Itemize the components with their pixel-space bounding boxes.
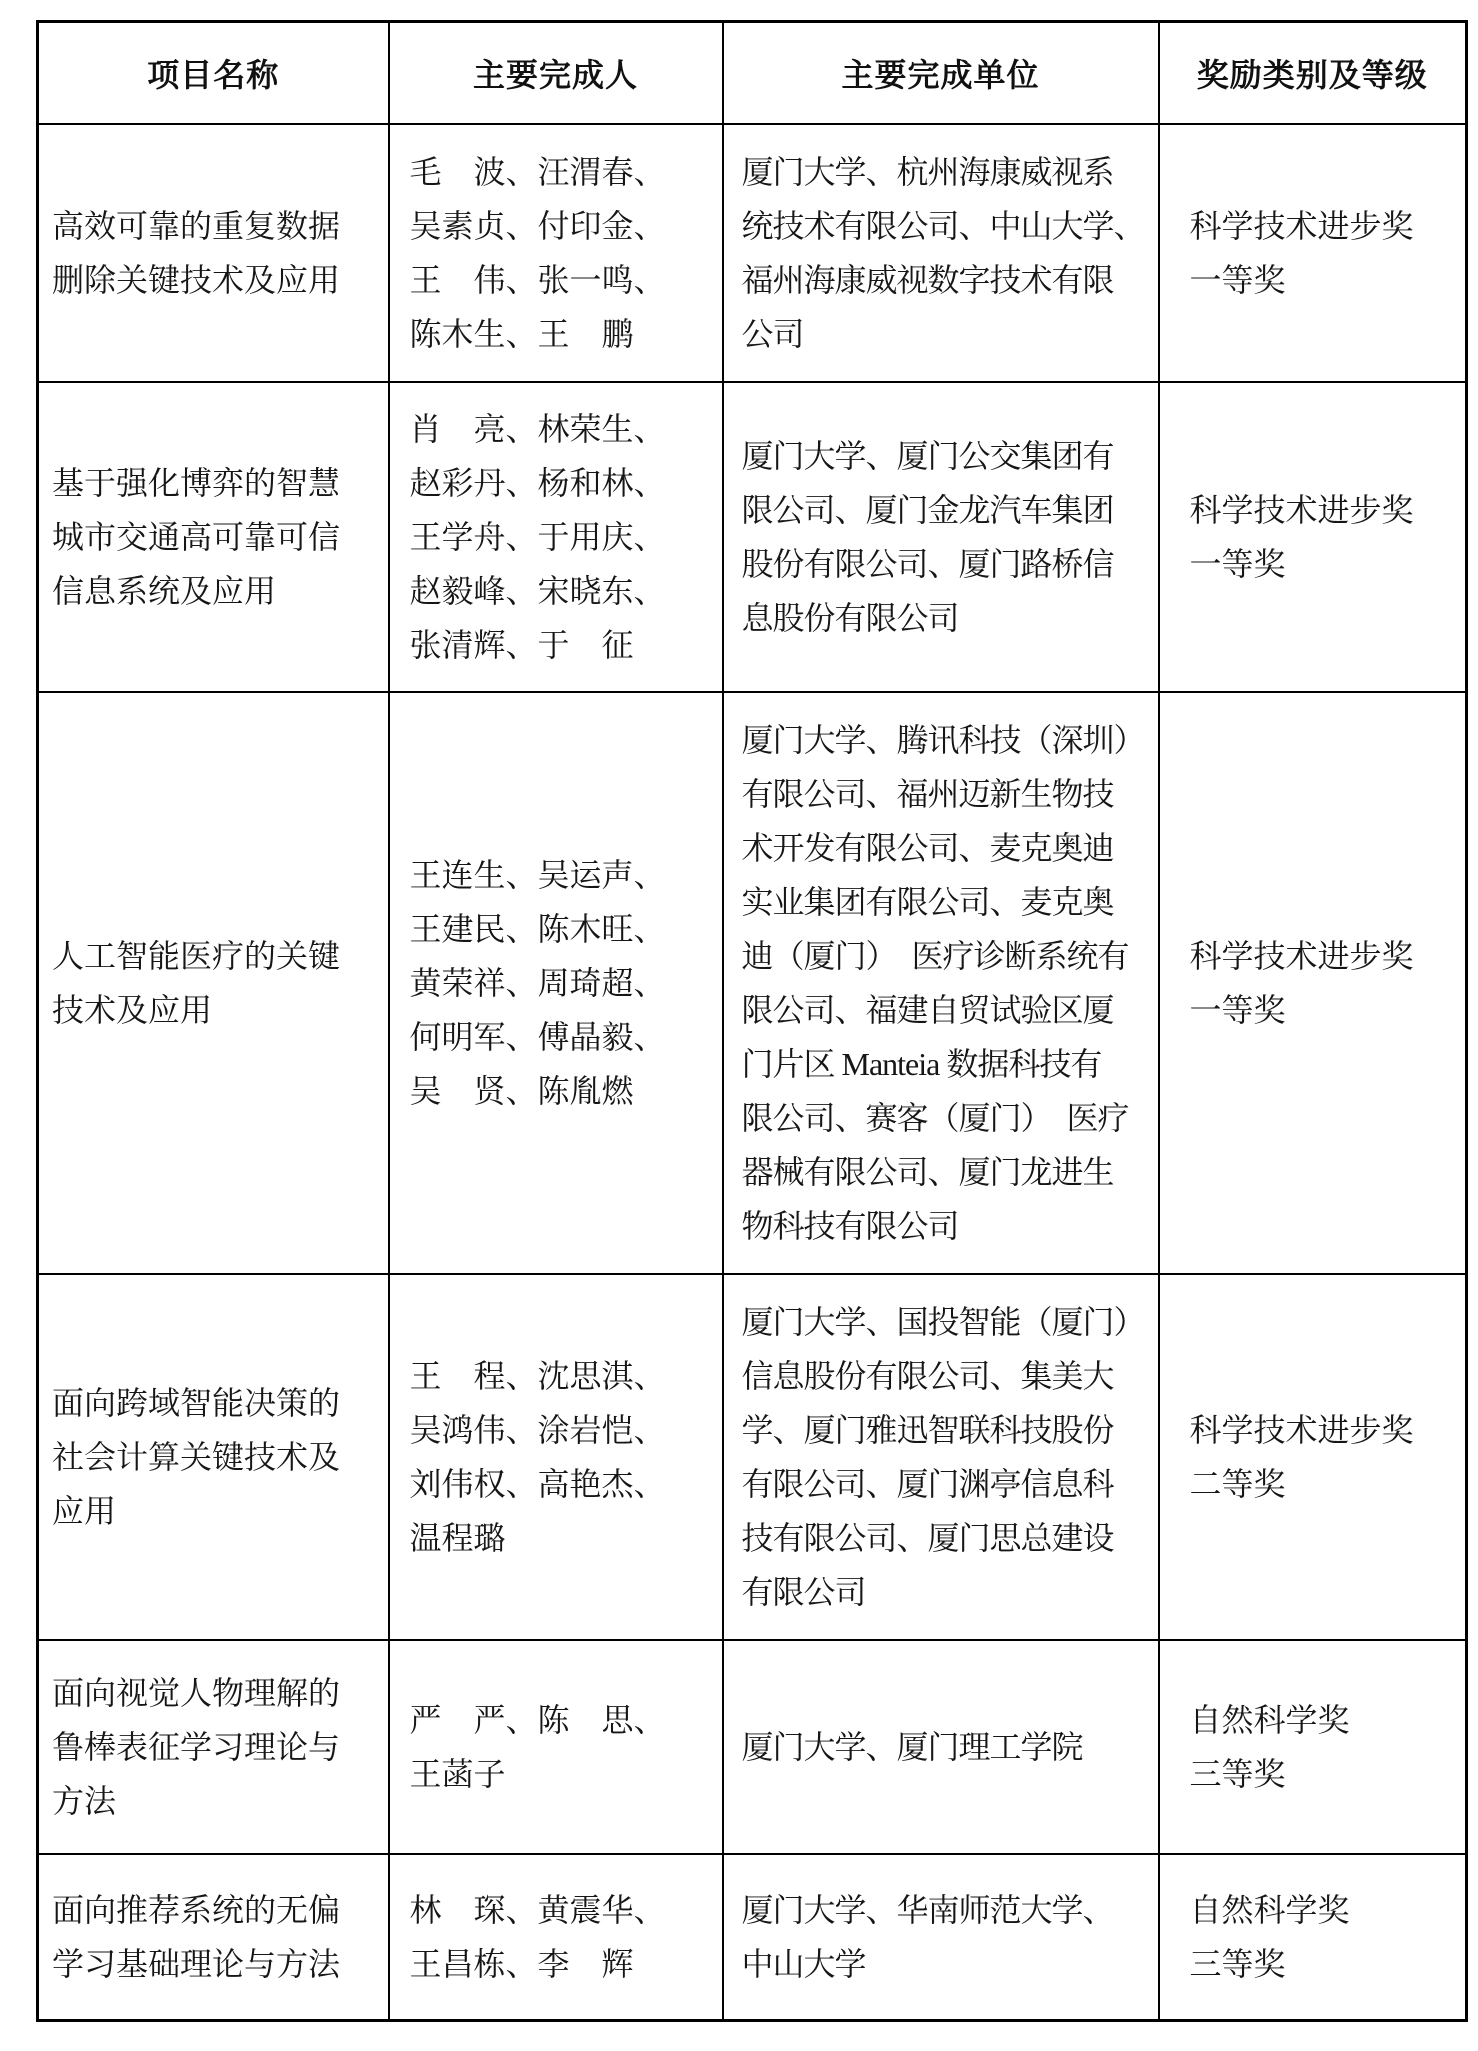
- header-organizations: 主要完成单位: [723, 22, 1159, 124]
- table-row: 面向推荐系统的无偏 学习基础理论与方法 林 琛、黄震华、 王昌栋、李 辉 厦门大…: [38, 1854, 1467, 2021]
- table-row: 人工智能医疗的关键 技术及应用 王连生、吴运声、 王建民、陈木旺、 黄荣祥、周琦…: [38, 692, 1467, 1274]
- project-name-cell: 面向视觉人物理解的 鲁棒表征学习理论与 方法: [38, 1640, 389, 1854]
- contributors-cell: 毛 波、汪渭春、 吴素贞、付印金、 王 伟、张一鸣、 陈木生、王 鹏: [389, 124, 723, 382]
- contributors-cell: 肖 亮、林荣生、 赵彩丹、杨和林、 王学舟、于用庆、 赵毅峰、宋晓东、 张清辉、…: [389, 382, 723, 692]
- header-row: 项目名称 主要完成人 主要完成单位 奖励类别及等级: [38, 22, 1467, 124]
- header-award-category: 奖励类别及等级: [1159, 22, 1467, 124]
- table-row: 面向视觉人物理解的 鲁棒表征学习理论与 方法 严 严、陈 思、 王菡子 厦门大学…: [38, 1640, 1467, 1854]
- project-name-cell: 基于强化博弈的智慧 城市交通高可靠可信 信息系统及应用: [38, 382, 389, 692]
- organizations-cell: 厦门大学、杭州海康威视系 统技术有限公司、中山大学、 福州海康威视数字技术有限 …: [723, 124, 1159, 382]
- project-name-cell: 高效可靠的重复数据 删除关键技术及应用: [38, 124, 389, 382]
- organizations-cell: 厦门大学、厦门公交集团有 限公司、厦门金龙汽车集团 股份有限公司、厦门路桥信 息…: [723, 382, 1159, 692]
- header-project-name: 项目名称: [38, 22, 389, 124]
- award-cell: 科学技术进步奖 一等奖: [1159, 124, 1467, 382]
- organizations-cell: 厦门大学、国投智能（厦门） 信息股份有限公司、集美大 学、厦门雅迅智联科技股份 …: [723, 1274, 1159, 1640]
- award-cell: 科学技术进步奖 一等奖: [1159, 692, 1467, 1274]
- organizations-cell: 厦门大学、华南师范大学、 中山大学: [723, 1854, 1159, 2021]
- project-name-cell: 面向推荐系统的无偏 学习基础理论与方法: [38, 1854, 389, 2021]
- contributors-cell: 王连生、吴运声、 王建民、陈木旺、 黄荣祥、周琦超、 何明军、傅晶毅、 吴 贤、…: [389, 692, 723, 1274]
- table-row: 高效可靠的重复数据 删除关键技术及应用 毛 波、汪渭春、 吴素贞、付印金、 王 …: [38, 124, 1467, 382]
- awards-table: 项目名称 主要完成人 主要完成单位 奖励类别及等级 高效可靠的重复数据 删除关键…: [36, 20, 1468, 2022]
- table-row: 基于强化博弈的智慧 城市交通高可靠可信 信息系统及应用 肖 亮、林荣生、 赵彩丹…: [38, 382, 1467, 692]
- project-name-cell: 面向跨域智能决策的 社会计算关键技术及 应用: [38, 1274, 389, 1640]
- organizations-cell: 厦门大学、腾讯科技（深圳） 有限公司、福州迈新生物技 术开发有限公司、麦克奥迪 …: [723, 692, 1159, 1274]
- award-cell: 自然科学奖 三等奖: [1159, 1854, 1467, 2021]
- contributors-cell: 林 琛、黄震华、 王昌栋、李 辉: [389, 1854, 723, 2021]
- document-page: 项目名称 主要完成人 主要完成单位 奖励类别及等级 高效可靠的重复数据 删除关键…: [0, 0, 1478, 2051]
- header-contributors: 主要完成人: [389, 22, 723, 124]
- table-row: 面向跨域智能决策的 社会计算关键技术及 应用 王 程、沈思淇、 吴鸿伟、涂岩恺、…: [38, 1274, 1467, 1640]
- organizations-cell: 厦门大学、厦门理工学院: [723, 1640, 1159, 1854]
- contributors-cell: 王 程、沈思淇、 吴鸿伟、涂岩恺、 刘伟权、高艳杰、 温程璐: [389, 1274, 723, 1640]
- contributors-cell: 严 严、陈 思、 王菡子: [389, 1640, 723, 1854]
- award-cell: 科学技术进步奖 一等奖: [1159, 382, 1467, 692]
- award-cell: 科学技术进步奖 二等奖: [1159, 1274, 1467, 1640]
- award-cell: 自然科学奖 三等奖: [1159, 1640, 1467, 1854]
- project-name-cell: 人工智能医疗的关键 技术及应用: [38, 692, 389, 1274]
